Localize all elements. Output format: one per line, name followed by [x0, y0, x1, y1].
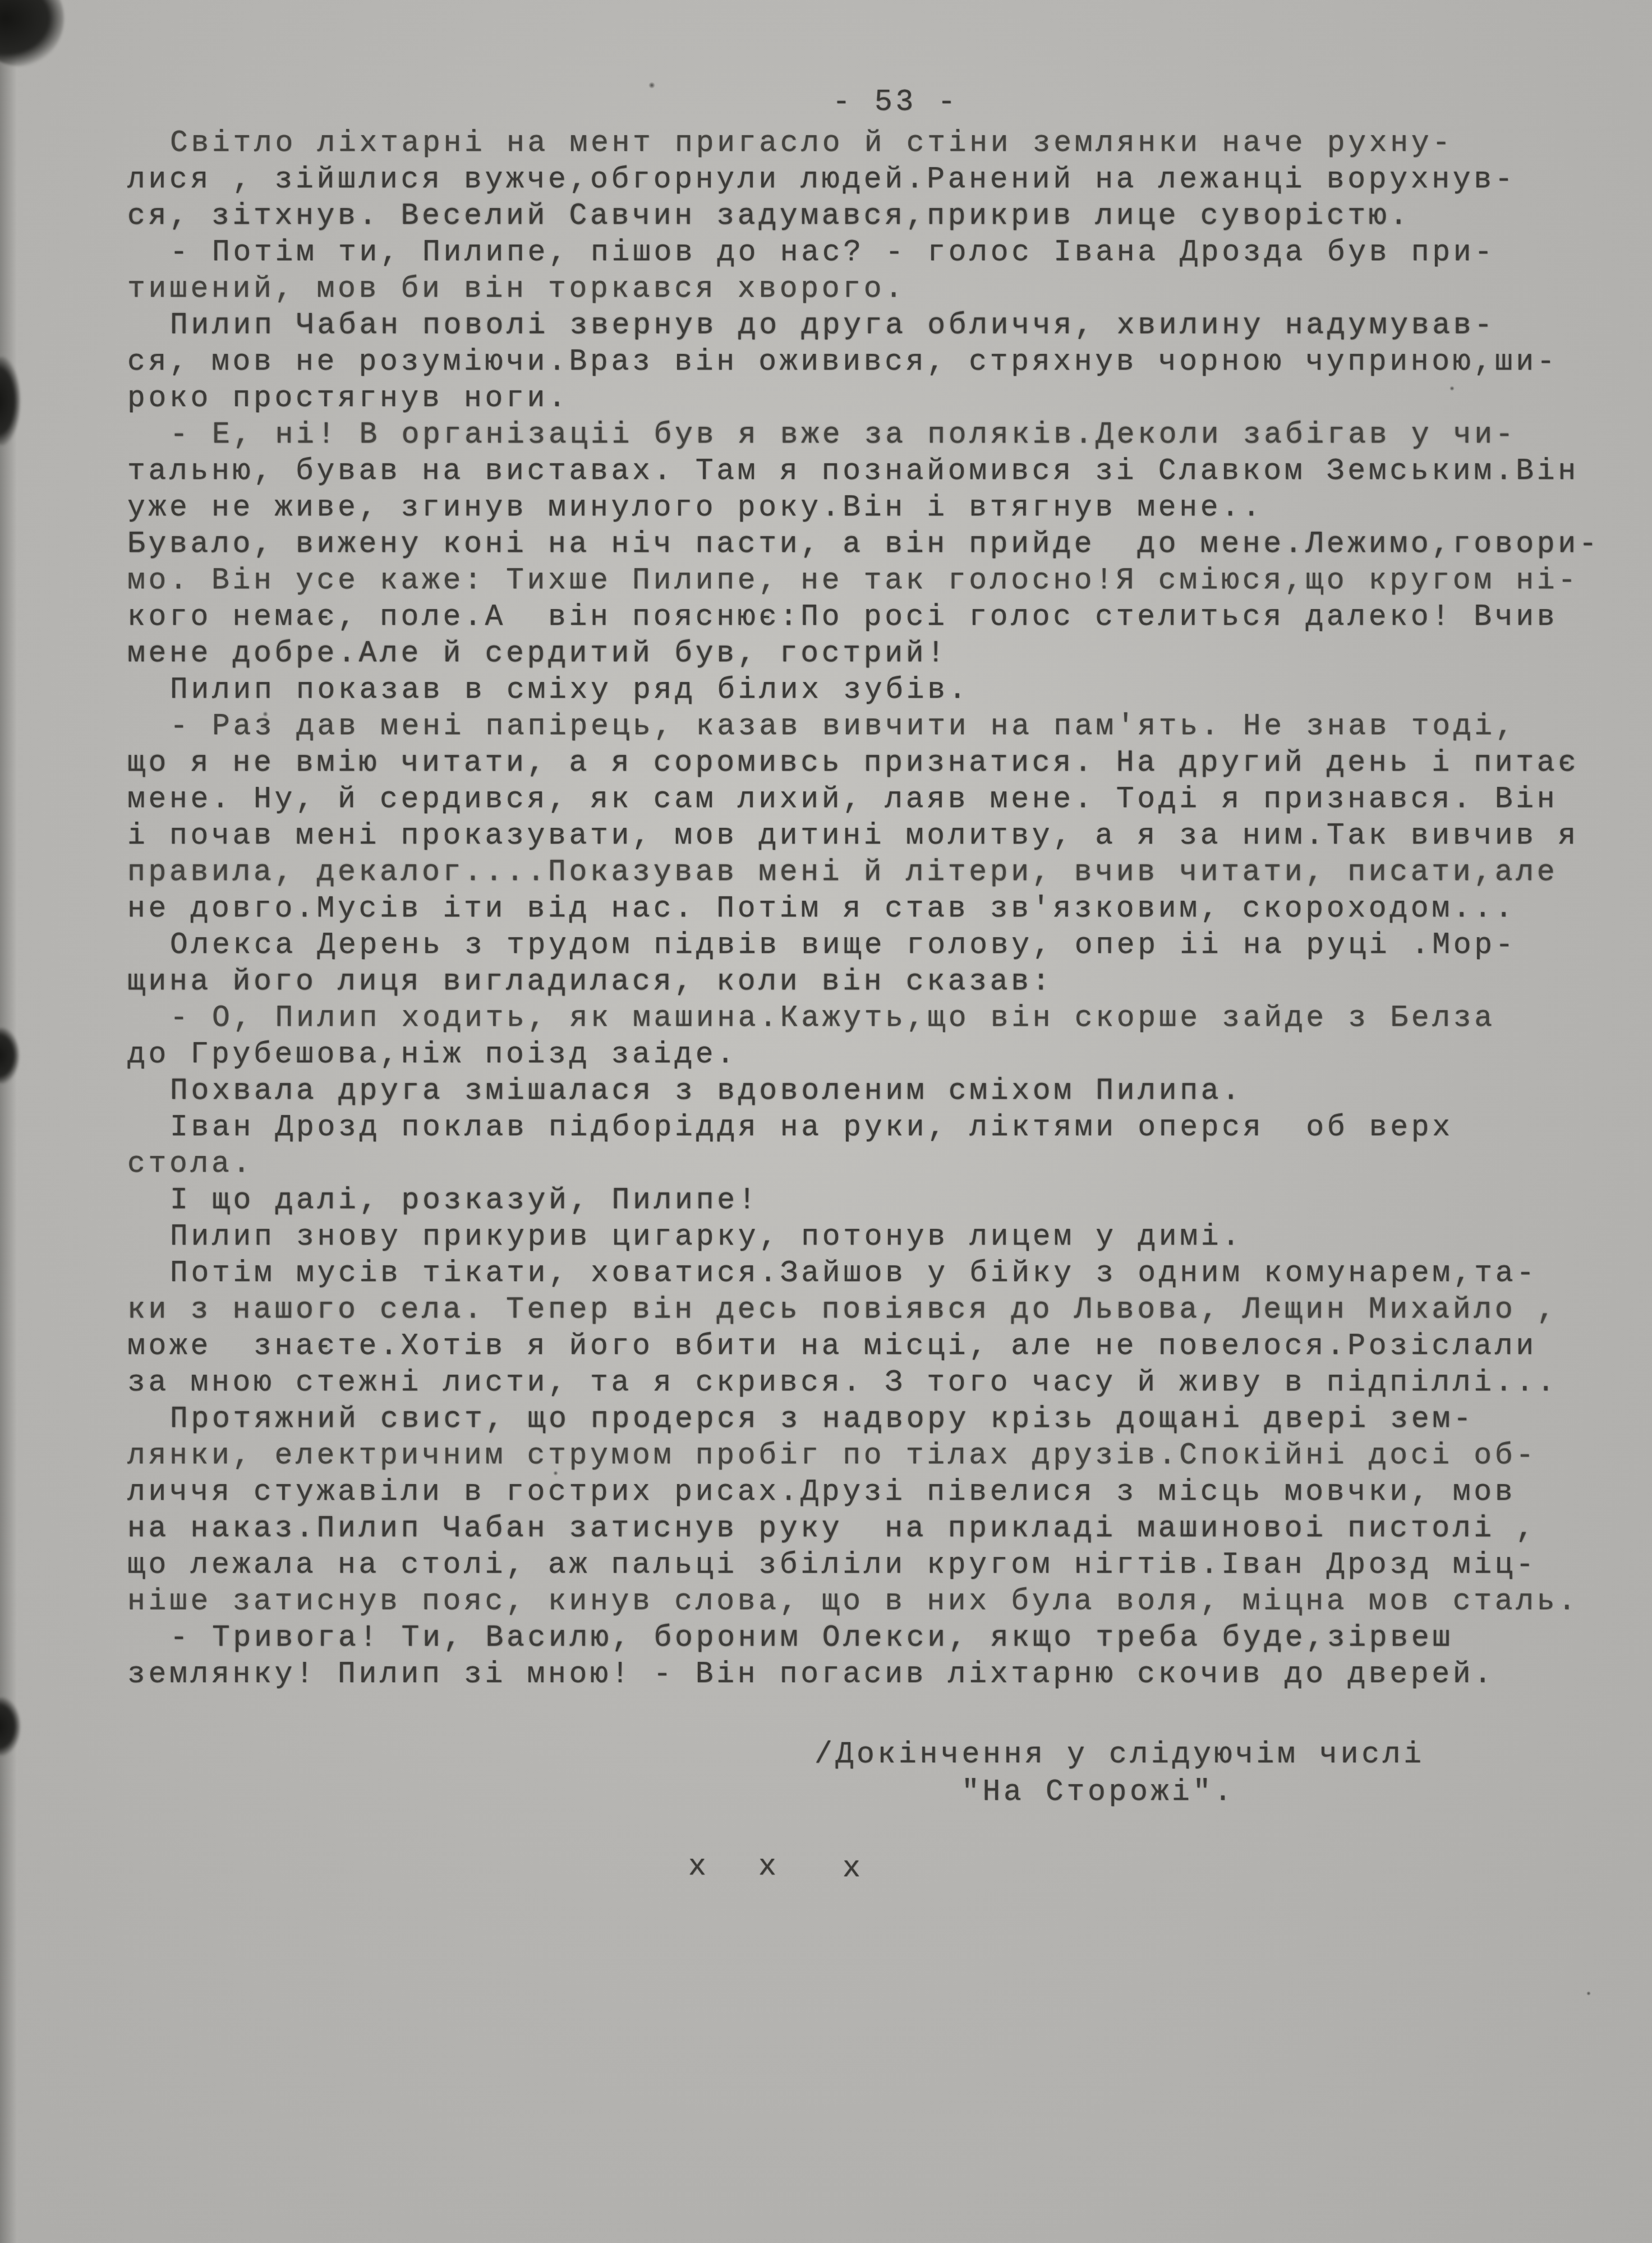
scan-edge-shadow [0, 0, 17, 2243]
text-line: що лежала на столі, аж пальці збіліли кр… [127, 1547, 1648, 1583]
text-line: І що далі, розказуй, Пилипе! [127, 1182, 1648, 1219]
text-line: землянку! Пилип зі мною! - Він погасив л… [127, 1656, 1648, 1693]
text-line: щина його лиця вигладилася, коли він ска… [127, 964, 1648, 1000]
text-line: не довго.Мусів іти від нас. Потім я став… [127, 891, 1648, 927]
text-line: ся, зітхнув. Веселий Савчин задумався,пр… [127, 198, 1648, 234]
text-line: що я не вмію читати, а я соромивсь призн… [127, 745, 1648, 781]
text-line: і почав мені проказувати, мов дитині мол… [127, 818, 1648, 854]
page-number: - 53 - [832, 84, 959, 121]
section-separator-x: х [758, 1849, 780, 1885]
text-line: - О, Пилип ходить, як машина.Кажуть,що в… [127, 1000, 1648, 1037]
text-line: на наказ.Пилип Чабан затиснув руку на пр… [127, 1510, 1648, 1547]
text-line: мене добре.Але й сердитий був, гострий! [127, 635, 1648, 672]
document-page: - 53 - Світло ліхтарні на мент пригасло … [0, 0, 1652, 2243]
text-line: Пилип Чабан поволі звернув до друга обли… [127, 307, 1648, 344]
text-line: Бувало, вижену коні на ніч пасти, а він … [127, 526, 1648, 563]
text-line: ся, мов не розуміючи.Враз він оживився, … [127, 344, 1648, 380]
text-line: мене. Ну, й сердився, як сам лихий, лаяв… [127, 781, 1648, 818]
text-line: Іван Дрозд поклав підборіддя на руки, лі… [127, 1109, 1648, 1146]
text-line: роко простягнув ноги. [127, 380, 1648, 417]
scan-artifact-blob [0, 0, 64, 66]
section-separator-x: х [688, 1849, 710, 1885]
section-separator-x: х [843, 1850, 864, 1887]
text-line: личчя стужавіли в гострих рисах.Друзі пі… [127, 1474, 1648, 1510]
text-line: Пилип знову прикурив цигарку, потонув ли… [127, 1219, 1648, 1255]
text-line: ки з нашого села. Тепер він десь повіявс… [127, 1292, 1648, 1328]
text-line: правила, декалог....Показував мені й літ… [127, 854, 1648, 891]
text-line: за мною стежні листи, та я скрився. З то… [127, 1365, 1648, 1401]
text-line: тальню, бував на виставах. Там я познайо… [127, 453, 1648, 490]
text-line: - Потім ти, Пилипе, пішов до нас? - голо… [127, 234, 1648, 271]
text-line: - Тривога! Ти, Василю, бороним Олекси, я… [127, 1620, 1648, 1656]
text-line: лися , зійшлися вужче,обгорнули людей.Ра… [127, 162, 1648, 198]
text-line: Світло ліхтарні на мент пригасло й стіни… [127, 125, 1648, 162]
text-line: - Е, ні! В організаціі був я вже за поля… [127, 417, 1648, 453]
text-line: тишений, мов би він торкався хворого. [127, 271, 1648, 307]
text-line: уже не живе, згинув минулого року.Він і … [127, 490, 1648, 526]
text-line: Олекса Дерень з трудом підвів вище голов… [127, 927, 1648, 964]
text-line: ніше затиснув пояс, кинув слова, що в ни… [127, 1583, 1648, 1620]
text-line: мо. Він усе каже: Тихше Пилипе, не так г… [127, 563, 1648, 599]
text-line: Протяжний свист, що продерся з надвору к… [127, 1401, 1648, 1438]
text-line: - Раз дав мені папірець, казав вивчити н… [127, 708, 1648, 745]
text-line: може знаєте.Хотів я його вбити на місці,… [127, 1328, 1648, 1365]
page-text: Світло ліхтарні на мент пригасло й стіни… [127, 125, 1648, 1693]
text-line: лянки, електричним струмом пробіг по тіл… [127, 1438, 1648, 1474]
text-line: до Грубешова,ніж поізд заіде. [127, 1037, 1648, 1073]
text-line: Похвала друга змішалася з вдоволеним смі… [127, 1073, 1648, 1109]
footer-publication-name: "На Сторожі". [961, 1774, 1235, 1811]
text-line: Пилип показав в сміху ряд білих зубів. [127, 672, 1648, 708]
text-line: Потім мусів тікати, ховатися.Зайшов у бі… [127, 1255, 1648, 1292]
footer-continuation-note: /Докінчення у слідуючім числі [815, 1737, 1425, 1773]
text-line: кого немає, поле.А він пояснює:По росі г… [127, 599, 1648, 635]
scan-artifact-blob [0, 1697, 20, 1756]
dust-speck [1586, 1991, 1591, 1996]
text-line: стола. [127, 1146, 1648, 1182]
scan-artifact-blob [0, 357, 20, 445]
dust-speck [648, 82, 655, 89]
